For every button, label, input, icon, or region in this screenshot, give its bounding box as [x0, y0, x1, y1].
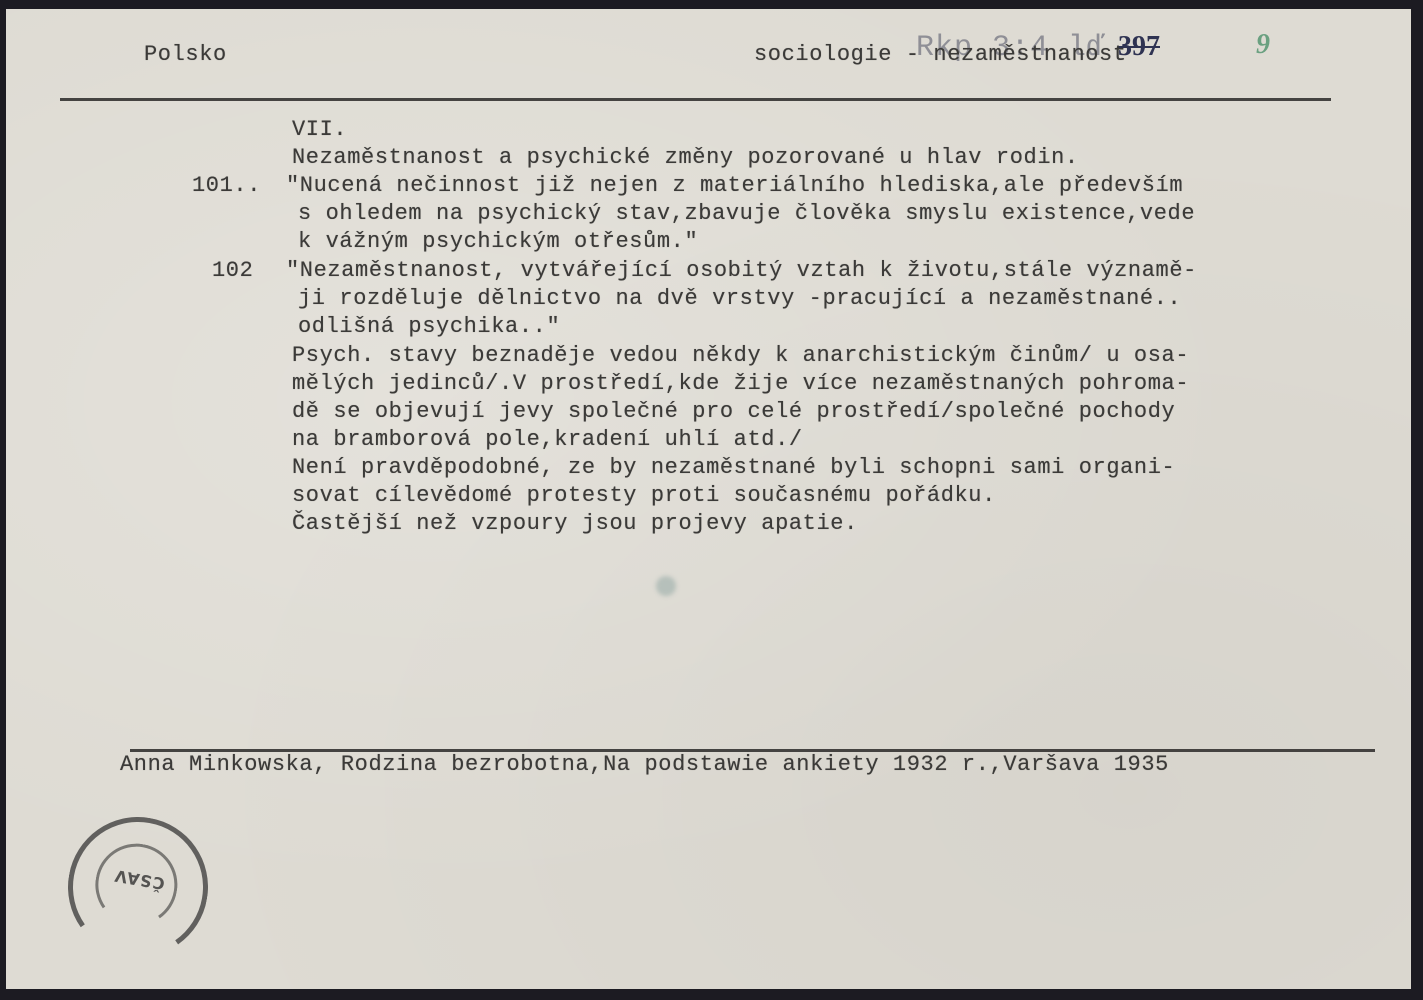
- note-line: Častější než vzpoury jsou projevy apatie…: [292, 510, 858, 538]
- paper-spot: [656, 576, 676, 596]
- section-title: Nezaměstnanost a psychické změny pozorov…: [292, 144, 1079, 172]
- source-citation: Anna Minkowska, Rodzina bezrobotna,Na po…: [120, 751, 1169, 779]
- entry-label: 102: [212, 257, 253, 285]
- section-number: VII.: [292, 116, 347, 144]
- green-mark: 9: [1256, 29, 1270, 61]
- subject-label: sociologie - nezaměstnanost: [754, 41, 1127, 69]
- note-line: Psych. stavy beznaděje vedou někdy k ana…: [292, 342, 1189, 370]
- note-line: dě se objevují jevy společné pro celé pr…: [292, 398, 1175, 426]
- note-line: mělých jedinců/.V prostředí,kde žije víc…: [292, 370, 1189, 398]
- entry-line: "Nucená nečinnost již nejen z materiální…: [286, 172, 1183, 200]
- entry-line: k vážným psychickým otřesům.": [298, 228, 698, 256]
- note-line: Není pravděpodobné, ze by nezaměstnané b…: [292, 454, 1175, 482]
- institution-stamp: ČSAV: [57, 806, 219, 968]
- note-line: sovat cílevědomé protesty proti současné…: [292, 482, 996, 510]
- entry-line: "Nezaměstnanost, vytvářející osobitý vzt…: [286, 257, 1197, 285]
- entry-line: s ohledem na psychický stav,zbavuje člov…: [298, 200, 1195, 228]
- index-card: Polsko Rkp 3:4 lď 397 9 sociologie - nez…: [6, 9, 1411, 989]
- entry-label: 101..: [192, 172, 261, 200]
- entry-line: odlišná psychika..": [298, 313, 560, 341]
- country-label: Polsko: [144, 41, 227, 69]
- entry-line: ji rozděluje dělnictvo na dvě vrstvy -pr…: [298, 285, 1181, 313]
- header-rule: [60, 98, 1331, 101]
- note-line: na bramborová pole,kradení uhlí atd./: [292, 426, 803, 454]
